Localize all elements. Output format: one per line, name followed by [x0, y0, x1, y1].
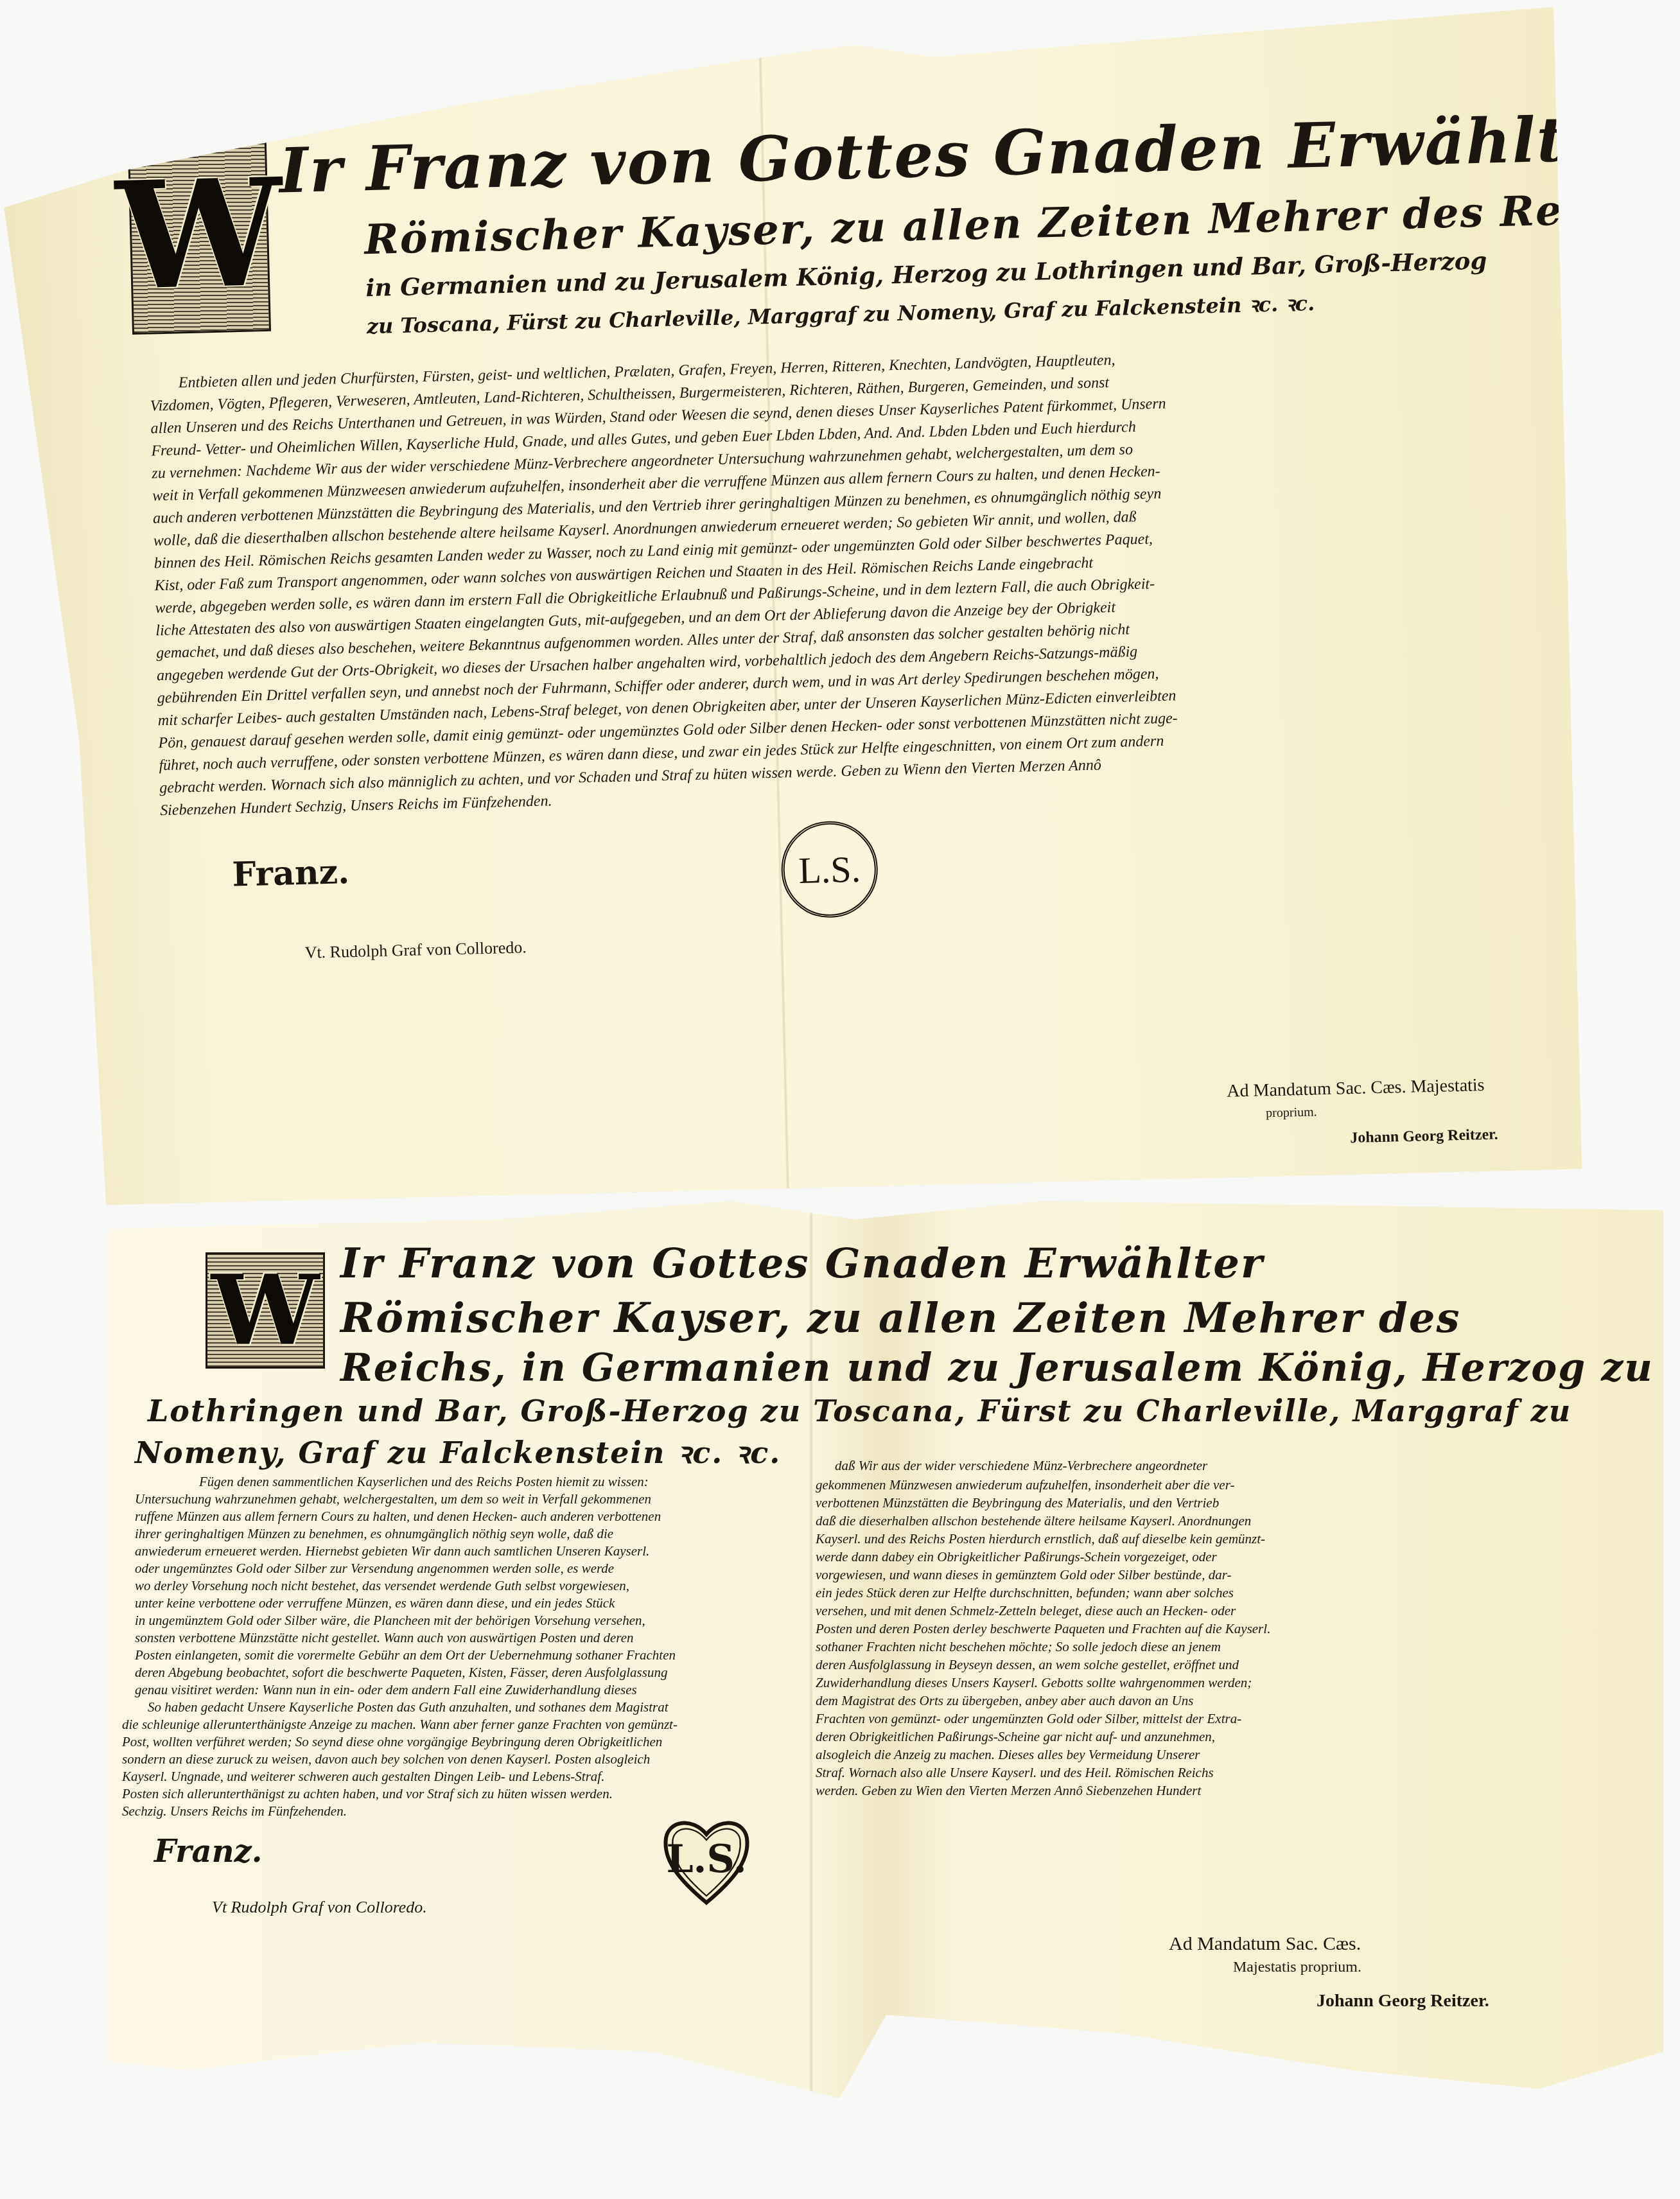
body-line: ihrer geringhaltigen Münzen zu benehmen,…	[135, 1526, 613, 1542]
body-line: vorgewiesen, und wann dieses in gemünzte…	[816, 1567, 1231, 1583]
seal-ls-heart-icon: L.S.	[658, 1811, 755, 1907]
body-line: deren Ausfolglassung in Beyseyn dessen, …	[816, 1657, 1239, 1673]
body-line: wo derley Vorsehung noch nicht bestehet,…	[135, 1578, 629, 1594]
body-line: Siebenzehen Hundert Sechzig, Unsers Reic…	[160, 793, 552, 819]
title-line-4: Lothringen und Bar, Groß-Herzog zu Tosca…	[148, 1394, 1571, 1428]
body-line: werde dann dabey ein Obrigkeitlicher Paß…	[816, 1549, 1217, 1565]
decorated-initial-icon: W	[206, 1252, 325, 1369]
mandate-line-2: proprium.	[1266, 1105, 1317, 1121]
body-line: anwiederum erneueret werden. Hiernebst g…	[135, 1543, 649, 1559]
secretary-signature: Johann Georg Reitzer.	[1317, 1991, 1489, 2011]
body-line: Kayserl. und des Reichs Posten hierdurch…	[816, 1531, 1265, 1547]
seal-ls-icon: L.S.	[780, 820, 879, 919]
body-line: genau visitiret werden: Wann nun in ein-…	[135, 1682, 637, 1698]
body-line: verbottenen Münzstätten die Beybringung …	[816, 1495, 1219, 1511]
title-line-3: Reichs, in Germanien und zu Jerusalem Kö…	[340, 1345, 1654, 1390]
body-line: Posten einlangeten, somit die vorermelte…	[135, 1647, 676, 1663]
body-line: ein jedes Stück deren zur Helfte durchsc…	[816, 1585, 1234, 1601]
body-line: in ungemünztem Gold oder Silber wäre, di…	[135, 1613, 645, 1629]
document-bottom: W Ir Franz von Gottes Gnaden Erwählter R…	[109, 1201, 1663, 2126]
body-line: Untersuchung wahrzunehmen gehabt, welche…	[135, 1491, 651, 1507]
body-line: Frachten von gemünzt- oder ungemünzten G…	[816, 1711, 1241, 1727]
body-line: Fügen denen sammentlichen Kayserlichen u…	[199, 1474, 649, 1490]
body-line: daß Wir aus der wider verschiedene Münz-…	[835, 1458, 1207, 1474]
mandate-line-2: Majestatis proprium.	[1233, 1959, 1361, 1976]
body-line: deren Abgebung beobachtet, sofort die be…	[135, 1665, 667, 1681]
body-line: Sechzig. Unsers Reichs im Fünfzehenden.	[122, 1803, 347, 1819]
mandate-line-1: Ad Mandatum Sac. Cæs. Majestatis	[1227, 1075, 1485, 1102]
title-line-5: Nomeny, Graf zu Falckenstein ꝛc. ꝛc.	[135, 1432, 781, 1472]
body-line: oder ungemünztes Gold oder Silber zur Ve…	[135, 1561, 614, 1577]
countersign: Vt Rudolph Graf von Colloredo.	[212, 1898, 427, 1917]
body-line: Zuwiderhandlung dieses Unsers Kayserl. G…	[816, 1675, 1252, 1691]
body-line: Posten und deren Posten derley beschwert…	[816, 1621, 1270, 1637]
document-top: W Ir Franz von Gottes Gnaden Erwählter R…	[0, 7, 1582, 1207]
body-line: unter keine verbottene oder verruffene M…	[135, 1595, 615, 1611]
body-line: ruffene Münzen aus allem fernern Cours z…	[135, 1509, 661, 1525]
body-line: deren Obrigkeitlichen Paßirungs-Scheine …	[816, 1729, 1215, 1745]
body-line: Posten sich allerunterthänigst zu achten…	[122, 1786, 613, 1802]
body-line: sothaner Frachten nicht beschehen möchte…	[816, 1639, 1221, 1655]
body-line: gekommenen Münzwesen anwiederum aufzuhel…	[816, 1477, 1234, 1493]
mandate-line-1: Ad Mandatum Sac. Cæs.	[1169, 1933, 1361, 1955]
signature-franz: Franz.	[154, 1834, 263, 1870]
body-line: daß die dieserhalben allschon bestehende…	[816, 1513, 1251, 1529]
body-line: sonsten verbottene Münzstätte nicht gest…	[135, 1630, 634, 1646]
decorated-initial-icon: W	[128, 135, 271, 335]
body-line: So haben gedacht Unsere Kayserliche Post…	[148, 1699, 669, 1715]
body-line: dem Magistrat des Orts zu übergeben, anb…	[816, 1693, 1193, 1709]
body-line: Kayserl. Ungnade, und weiterer schweren …	[122, 1769, 604, 1785]
countersign: Vt. Rudolph Graf von Colloredo.	[304, 938, 527, 962]
body-text: Entbieten allen und jeden Churfürsten, F…	[0, 7, 1553, 45]
body-line: Straf. Wornach also alle Unsere Kayserl.…	[816, 1765, 1214, 1781]
body-line: werden. Geben zu Wien den Vierten Merzen…	[816, 1783, 1201, 1799]
body-line: sondern an diese zuruck zu weisen, davon…	[122, 1751, 650, 1767]
signature-franz: Franz.	[232, 852, 350, 894]
title-line-2: Römischer Kayser, zu allen Zeiten Mehrer…	[340, 1294, 1460, 1342]
secretary-signature: Johann Georg Reitzer.	[1350, 1126, 1498, 1148]
body-line: Post, wollten verführet werden; So seynd…	[122, 1734, 662, 1750]
title-line-1: Ir Franz von Gottes Gnaden Erwählter	[340, 1240, 1264, 1288]
body-line: versehen, und mit denen Schmelz-Zetteln …	[816, 1603, 1236, 1619]
body-line: alsogleich die Anzeig zu machen. Dieses …	[816, 1747, 1200, 1763]
body-line: die schleunige allerunterthänigste Anzei…	[122, 1717, 678, 1733]
